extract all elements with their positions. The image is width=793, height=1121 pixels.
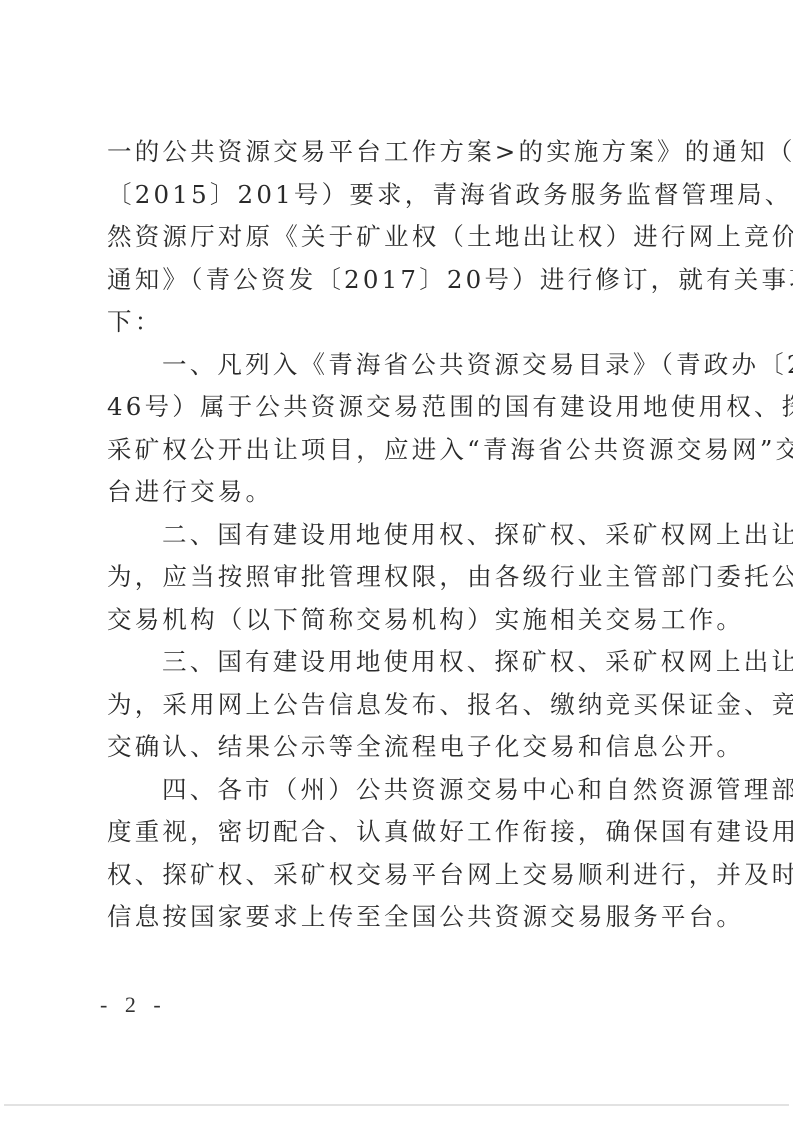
paragraph-3-start: 三、国有建设用地使用权、探矿权、采矿权网上出让交易行 — [107, 641, 693, 684]
text-line: 交易机构（以下简称交易机构）实施相关交易工作。 — [107, 599, 693, 642]
text-line: 采矿权公开出让项目，应进入“青海省公共资源交易网”交易平 — [107, 429, 693, 472]
text-line: 〔2015〕201号）要求，青海省政务服务监督管理局、青海省自 — [107, 174, 693, 217]
text-line: 交确认、结果公示等全流程电子化交易和信息公开。 — [107, 726, 693, 769]
text-line: 台进行交易。 — [107, 471, 693, 514]
text-line: 信息按国家要求上传至全国公共资源交易服务平台。 — [107, 896, 693, 939]
paragraph-4-start: 四、各市（州）公共资源交易中心和自然资源管理部门要高 — [107, 769, 693, 812]
document-page: 一的公共资源交易平台工作方案>的实施方案》的通知（青政办 〔2015〕201号）… — [0, 0, 793, 1121]
document-body: 一的公共资源交易平台工作方案>的实施方案》的通知（青政办 〔2015〕201号）… — [107, 131, 693, 939]
text-line: 一的公共资源交易平台工作方案>的实施方案》的通知（青政办 — [107, 131, 693, 174]
page-edge-divider — [4, 1104, 789, 1106]
text-line: 46号）属于公共资源交易范围的国有建设用地使用权、探矿权、 — [107, 386, 693, 429]
text-line: 下： — [107, 301, 693, 344]
text-line: 度重视，密切配合、认真做好工作衔接，确保国有建设用地使用 — [107, 811, 693, 854]
text-line: 为，应当按照审批管理权限，由各级行业主管部门委托公共资源 — [107, 556, 693, 599]
page-number: - 2 - — [100, 992, 167, 1018]
text-line: 为，采用网上公告信息发布、报名、缴纳竞买保证金、竞价、成 — [107, 684, 693, 727]
text-line: 权、探矿权、采矿权交易平台网上交易顺利进行，并及时将交易 — [107, 854, 693, 897]
paragraph-1-start: 一、凡列入《青海省公共资源交易目录》（青政办〔2020〕 — [107, 344, 693, 387]
text-line: 通知》（青公资发〔2017〕20号）进行修订，就有关事项通知如 — [107, 259, 693, 302]
paragraph-2-start: 二、国有建设用地使用权、探矿权、采矿权网上出让交易行 — [107, 514, 693, 557]
text-line: 然资源厅对原《关于矿业权（土地出让权）进行网上竞价交易的 — [107, 216, 693, 259]
